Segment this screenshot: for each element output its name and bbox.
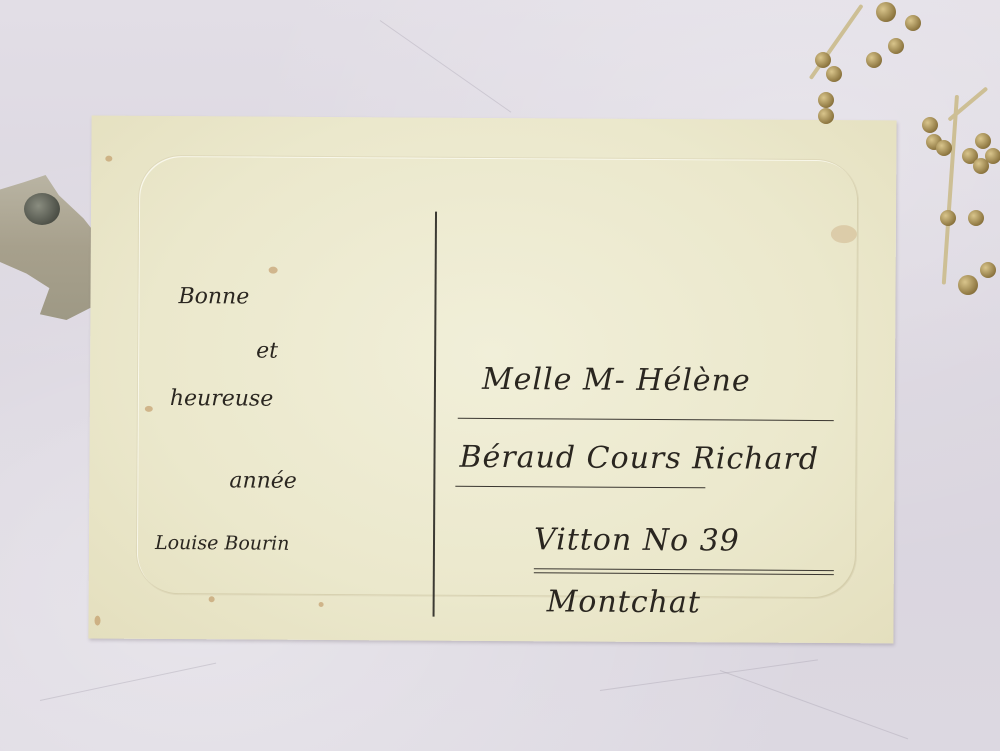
berry xyxy=(940,210,956,226)
foxing-spot xyxy=(209,596,215,602)
berry xyxy=(905,15,921,31)
berry xyxy=(888,38,904,54)
berry xyxy=(876,2,896,22)
foxing-stain xyxy=(831,225,857,243)
address-line-2: Béraud Cours Richard xyxy=(459,440,819,477)
message-line-3: heureuse xyxy=(170,386,274,412)
address-line-4: Montchat xyxy=(547,584,701,620)
berry xyxy=(980,262,996,278)
berry xyxy=(985,148,1000,164)
postcard: Bonne et heureuse année Louise Bourin Me… xyxy=(88,116,896,644)
berry xyxy=(815,52,831,68)
message-line-4: année xyxy=(229,468,297,493)
message-line-1: Bonne xyxy=(178,284,249,309)
berry xyxy=(968,210,984,226)
address-line-3: Vitton No 39 xyxy=(534,522,740,558)
berry xyxy=(826,66,842,82)
berry xyxy=(936,140,952,156)
foxing-spot xyxy=(269,267,278,274)
wood-knot xyxy=(24,193,60,225)
message-line-2: et xyxy=(256,339,278,364)
berry xyxy=(975,133,991,149)
foxing-spot xyxy=(319,602,324,607)
berry xyxy=(958,275,978,295)
foxing-spot xyxy=(94,616,100,626)
signature: Louise Bourin xyxy=(155,532,290,555)
address-line-1: Melle M- Hélène xyxy=(482,362,751,399)
berry xyxy=(818,108,834,124)
foxing-spot xyxy=(105,156,112,162)
berry xyxy=(866,52,882,68)
foxing-spot xyxy=(145,406,153,412)
berry xyxy=(818,92,834,108)
berry xyxy=(922,117,938,133)
